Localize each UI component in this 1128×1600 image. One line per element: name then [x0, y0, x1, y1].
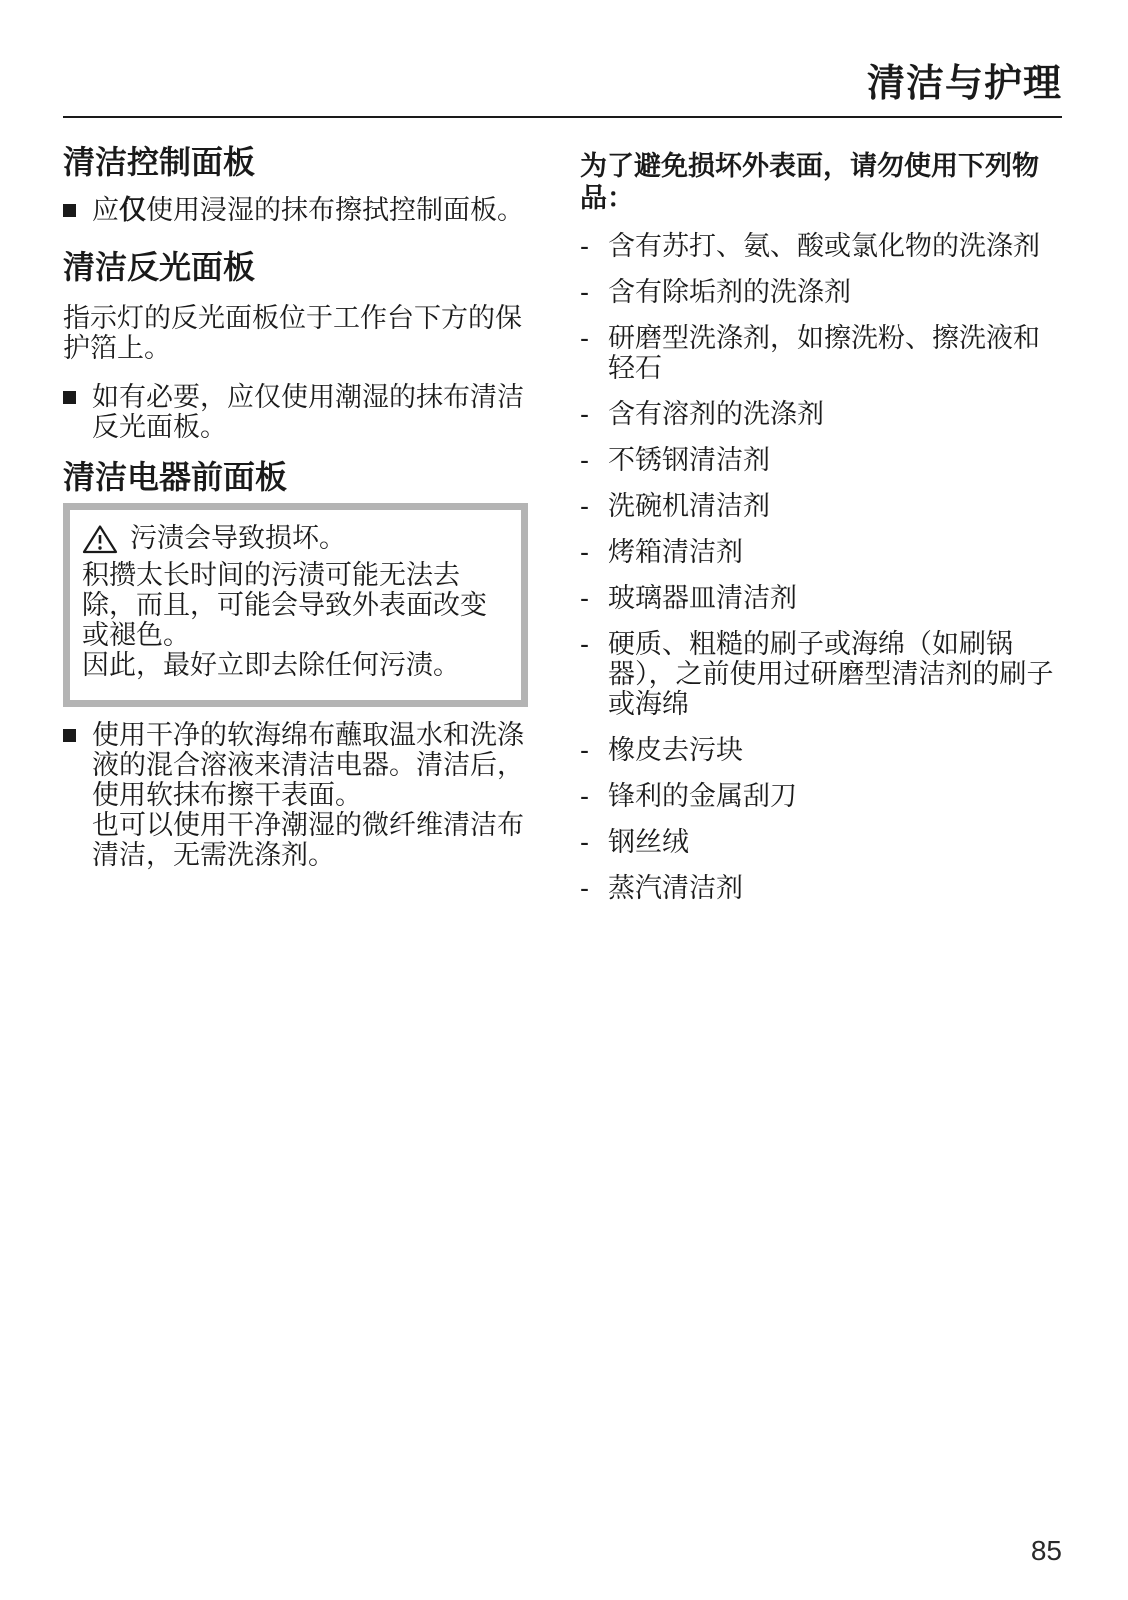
square-bullet-icon — [63, 391, 76, 404]
page-number: 85 — [63, 1536, 1062, 1566]
dash-marker: - — [580, 827, 608, 857]
bullet-text: 应仅使用浸湿的抹布擦拭控制面板。 — [92, 195, 528, 225]
list-item-text: 烤箱清洁剂 — [608, 537, 1062, 567]
list-item-text: 橡皮去污块 — [608, 735, 1062, 765]
bullet-front-panel: 使用干净的软海绵布蘸取温水和洗涤液的混合溶液来清洁电器。清洁后，使用软抹布擦干表… — [63, 720, 528, 870]
heading-reflector: 清洁反光面板 — [63, 250, 528, 284]
left-column: 清洁控制面板 应仅使用浸湿的抹布擦拭控制面板。 清洁反光面板 指示灯的反光面板位… — [63, 145, 528, 870]
square-bullet-icon — [63, 204, 76, 217]
bullet-reflector: 如有必要，应仅使用潮湿的抹布清洁反光面板。 — [63, 382, 528, 442]
list-item-text: 含有溶剂的洗涤剂 — [608, 399, 1062, 429]
list-item: - 硬质、粗糙的刷子或海绵（如刷锅器），之前使用过研磨型清洁剂的刷子或海绵 — [580, 629, 1062, 719]
dash-marker: - — [580, 735, 608, 765]
list-item-text: 洗碗机清洁剂 — [608, 491, 1062, 521]
avoid-list: - 含有苏打、氨、酸或氯化物的洗涤剂 - 含有除垢剂的洗涤剂 - 研磨型洗涤剂，… — [580, 231, 1062, 903]
list-item-text: 硬质、粗糙的刷子或海绵（如刷锅器），之前使用过研磨型清洁剂的刷子或海绵 — [608, 629, 1062, 719]
warning-triangle-icon — [82, 524, 118, 560]
list-item: - 研磨型洗涤剂，如擦洗粉、擦洗液和轻石 — [580, 323, 1062, 383]
list-item: - 锋利的金属刮刀 — [580, 781, 1062, 811]
right-column: 为了避免损坏外表面，请勿使用下列物品： - 含有苏打、氨、酸或氯化物的洗涤剂 -… — [580, 150, 1062, 919]
list-item-text: 研磨型洗涤剂，如擦洗粉、擦洗液和轻石 — [608, 323, 1062, 383]
dash-marker: - — [580, 491, 608, 521]
bullet-text: 如有必要，应仅使用潮湿的抹布清洁反光面板。 — [92, 382, 528, 442]
warning-body-2: 因此，最好立即去除任何污渍。 — [82, 650, 503, 680]
list-item: - 不锈钢清洁剂 — [580, 445, 1062, 475]
page-title: 清洁与护理 — [867, 62, 1062, 106]
dash-marker: - — [580, 277, 608, 307]
dash-marker: - — [580, 399, 608, 429]
reflector-paragraph: 指示灯的反光面板位于工作台下方的保护箔上。 — [63, 303, 528, 363]
list-item-text: 钢丝绒 — [608, 827, 1062, 857]
list-item: - 洗碗机清洁剂 — [580, 491, 1062, 521]
dash-marker: - — [580, 537, 608, 567]
list-item-text: 不锈钢清洁剂 — [608, 445, 1062, 475]
dash-marker: - — [580, 781, 608, 811]
dash-marker: - — [580, 323, 608, 353]
list-item: - 玻璃器皿清洁剂 — [580, 583, 1062, 613]
warning-title-row: 污渍会导致损坏。 — [82, 523, 503, 560]
dash-marker: - — [580, 583, 608, 613]
list-item-text: 含有除垢剂的洗涤剂 — [608, 277, 1062, 307]
heading-control-panel: 清洁控制面板 — [63, 145, 528, 179]
list-item-text: 锋利的金属刮刀 — [608, 781, 1062, 811]
dash-marker: - — [580, 231, 608, 261]
list-item: - 钢丝绒 — [580, 827, 1062, 857]
bullet-control-panel: 应仅使用浸湿的抹布擦拭控制面板。 — [63, 195, 528, 225]
warning-box: 污渍会导致损坏。 积攒太长时间的污渍可能无法去除，而且，可能会导致外表面改变或褪… — [63, 503, 528, 707]
dash-marker: - — [580, 629, 608, 659]
list-item-text: 蒸汽清洁剂 — [608, 873, 1062, 903]
dash-marker: - — [580, 873, 608, 903]
warning-body-1: 积攒太长时间的污渍可能无法去除，而且，可能会导致外表面改变或褪色。 — [82, 560, 503, 650]
warning-title: 污渍会导致损坏。 — [130, 523, 346, 553]
list-item-text: 玻璃器皿清洁剂 — [608, 583, 1062, 613]
list-item-text: 含有苏打、氨、酸或氯化物的洗涤剂 — [608, 231, 1062, 261]
heading-front-panel: 清洁电器前面板 — [63, 460, 528, 494]
dash-marker: - — [580, 445, 608, 475]
list-item: - 烤箱清洁剂 — [580, 537, 1062, 567]
avoid-list-intro: 为了避免损坏外表面，请勿使用下列物品： — [580, 150, 1062, 214]
list-item: - 含有除垢剂的洗涤剂 — [580, 277, 1062, 307]
header-rule — [63, 116, 1062, 118]
manual-page: 清洁与护理 清洁控制面板 应仅使用浸湿的抹布擦拭控制面板。 清洁反光面板 指示灯… — [0, 0, 1128, 1600]
list-item: - 橡皮去污块 — [580, 735, 1062, 765]
list-item: - 含有苏打、氨、酸或氯化物的洗涤剂 — [580, 231, 1062, 261]
bullet-text: 使用干净的软海绵布蘸取温水和洗涤液的混合溶液来清洁电器。清洁后，使用软抹布擦干表… — [92, 720, 528, 870]
list-item: - 蒸汽清洁剂 — [580, 873, 1062, 903]
square-bullet-icon — [63, 729, 76, 742]
list-item: - 含有溶剂的洗涤剂 — [580, 399, 1062, 429]
